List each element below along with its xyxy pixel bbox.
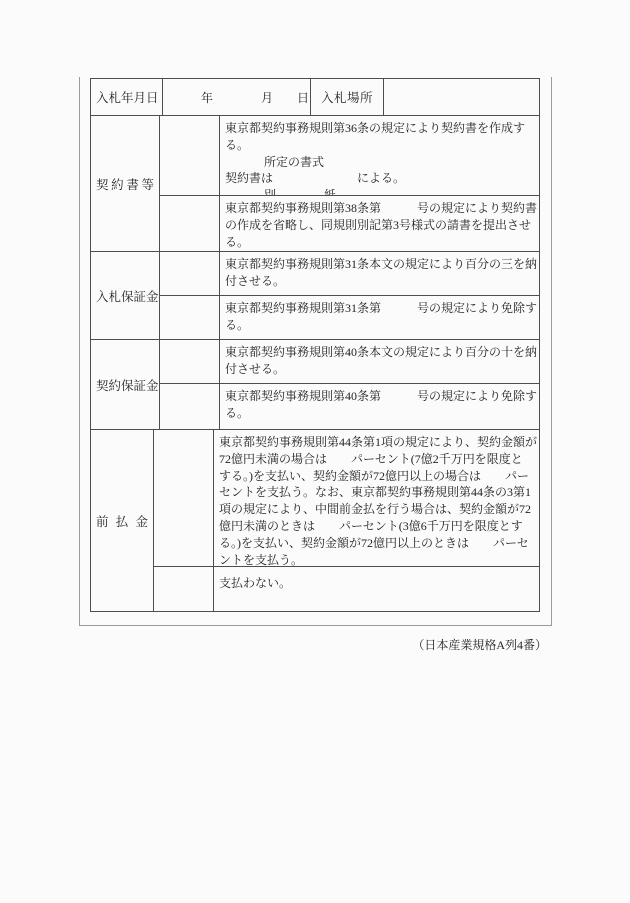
contract-documents-label: 契約書等 xyxy=(91,175,159,193)
bid-deposit-label-cell: 入札保証金 xyxy=(91,252,160,339)
option-row: 東京都契約事務規則第40条本文の規定により百分の十を納 付させる。 xyxy=(160,340,539,384)
option-mark-cell xyxy=(160,252,220,295)
option-text: 東京都契約事務規則第44条第1項の規定により、契約金額が 72億円未満の場合は … xyxy=(214,430,539,566)
option-mark-cell xyxy=(160,196,220,251)
option-mark-cell xyxy=(160,384,220,429)
option-mark-cell xyxy=(160,340,220,383)
bid-date-label: 入札年月日 xyxy=(91,88,162,106)
table-row-bid-date: 入札年月日 年 月 日 入札場所 xyxy=(91,79,539,116)
contract-deposit-label: 契約保証金 xyxy=(91,376,159,394)
table-row-contract-documents: 契約書等 東京都契約事務規則第36条の規定により契約書を作成す る。 所定の書式… xyxy=(91,116,539,252)
option-mark-cell xyxy=(160,296,220,339)
table-row-advance-payment: 前払金 東京都契約事務規則第44条第1項の規定により、契約金額が 72億円未満の… xyxy=(91,430,539,611)
table-row-bid-deposit: 入札保証金 東京都契約事務規則第31条本文の規定により百分の三を納 付させる。 … xyxy=(91,252,539,340)
option-row: 東京都契約事務規則第44条第1項の規定により、契約金額が 72億円未満の場合は … xyxy=(154,430,539,567)
option-mark-cell xyxy=(154,567,214,611)
bid-deposit-options: 東京都契約事務規則第31条本文の規定により百分の三を納 付させる。 東京都契約事… xyxy=(160,252,539,339)
bid-place-label: 入札場所 xyxy=(321,88,373,106)
option-text: 東京都契約事務規則第31条第 号の規定により免除す る。 xyxy=(220,296,539,339)
option-row: 東京都契約事務規則第40条第 号の規定により免除す る。 xyxy=(160,384,539,429)
bid-date-value-cell: 年 月 日 xyxy=(163,79,311,115)
option-row: 東京都契約事務規則第36条の規定により契約書を作成す る。 所定の書式 契約書は… xyxy=(160,116,539,196)
contract-documents-label-cell: 契約書等 xyxy=(91,116,160,251)
option-text: 東京都契約事務規則第40条本文の規定により百分の十を納 付させる。 xyxy=(220,340,539,383)
bid-conditions-table: 入札年月日 年 月 日 入札場所 契約書等 東京都契約事務規則第36条の規定によ… xyxy=(90,78,540,612)
option-row: 東京都契約事務規則第31条第 号の規定により免除す る。 xyxy=(160,296,539,339)
bid-place-value-cell xyxy=(384,79,539,115)
option-row: 支払わない。 xyxy=(154,567,539,611)
document-page: 入札年月日 年 月 日 入札場所 契約書等 東京都契約事務規則第36条の規定によ… xyxy=(0,0,630,903)
table-row-contract-deposit: 契約保証金 東京都契約事務規則第40条本文の規定により百分の十を納 付させる。 … xyxy=(91,340,539,430)
advance-payment-options: 東京都契約事務規則第44条第1項の規定により、契約金額が 72億円未満の場合は … xyxy=(154,430,539,611)
bid-date-label-cell: 入札年月日 xyxy=(91,79,163,115)
option-text: 東京都契約事務規則第36条の規定により契約書を作成す る。 所定の書式 契約書は… xyxy=(220,116,539,195)
option-text: 東京都契約事務規則第31条本文の規定により百分の三を納 付させる。 xyxy=(220,252,539,295)
option-mark-cell xyxy=(154,430,214,566)
option-text: 支払わない。 xyxy=(214,567,539,611)
option-row: 東京都契約事務規則第38条第 号の規定により契約書 の作成を省略し、同規則別記第… xyxy=(160,196,539,251)
contract-deposit-options: 東京都契約事務規則第40条本文の規定により百分の十を納 付させる。 東京都契約事… xyxy=(160,340,539,429)
contract-documents-options: 東京都契約事務規則第36条の規定により契約書を作成す る。 所定の書式 契約書は… xyxy=(160,116,539,251)
bid-date-placeholder: 年 月 日 xyxy=(165,89,309,106)
bid-place-label-cell: 入札場所 xyxy=(311,79,384,115)
contract-deposit-label-cell: 契約保証金 xyxy=(91,340,160,429)
option-text: 東京都契約事務規則第38条第 号の規定により契約書 の作成を省略し、同規則別記第… xyxy=(220,196,539,251)
advance-payment-label-cell: 前払金 xyxy=(91,430,154,611)
option-text: 東京都契約事務規則第40条第 号の規定により免除す る。 xyxy=(220,384,539,429)
paper-size-note: （日本産業規格A列4番） xyxy=(412,636,547,653)
advance-payment-label: 前払金 xyxy=(91,512,153,530)
option-mark-cell xyxy=(160,116,220,195)
option-row: 東京都契約事務規則第31条本文の規定により百分の三を納 付させる。 xyxy=(160,252,539,296)
bid-deposit-label: 入札保証金 xyxy=(91,287,159,305)
